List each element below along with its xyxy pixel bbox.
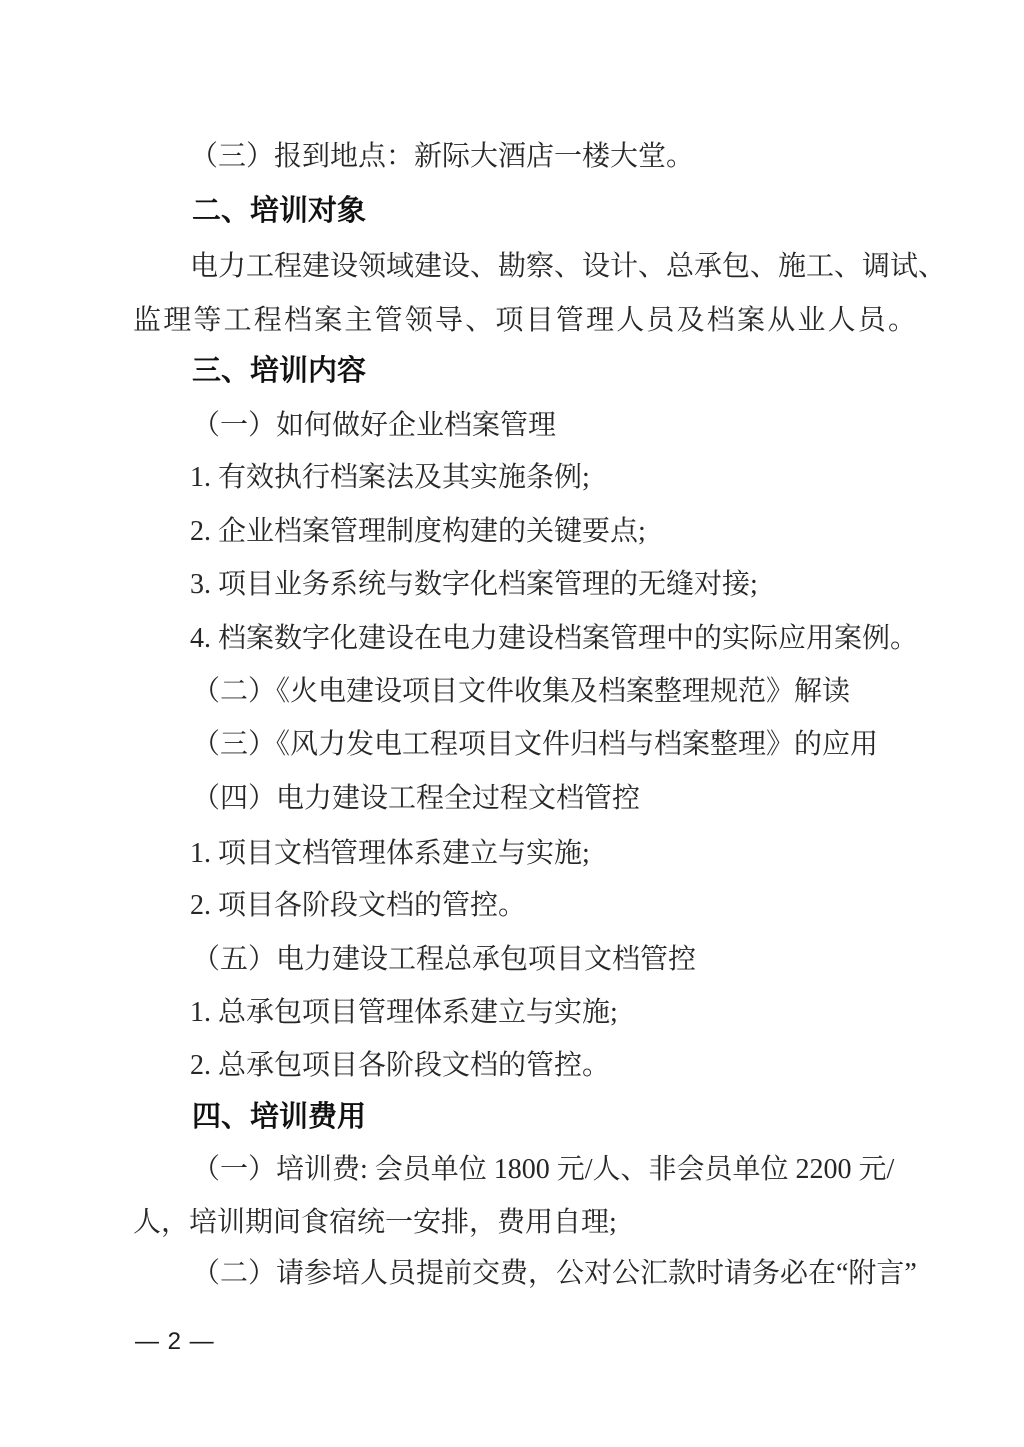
section-heading: 四、培训费用 <box>192 1101 366 1134</box>
text-line: 1. 项目文档管理体系建立与实施; <box>190 838 590 870</box>
text-line: （三）报到地点：新际大酒店一楼大堂。 <box>190 141 694 173</box>
section-heading: 二、培训对象 <box>192 195 366 228</box>
text-line: 1. 有效执行档案法及其实施条例; <box>190 462 590 494</box>
text-line: 人，培训期间食宿统一安排，费用自理; <box>133 1207 617 1239</box>
text-line: （二）请参培人员提前交费，公对公汇款时请务必在“附言” <box>192 1258 917 1290</box>
document-page: （三）报到地点：新际大酒店一楼大堂。二、培训对象电力工程建设领域建设、勘察、设计… <box>0 0 1024 1447</box>
text-line: 2. 总承包项目各阶段文档的管控。 <box>190 1050 610 1082</box>
text-line: 2. 项目各阶段文档的管控。 <box>190 890 526 922</box>
text-line: 4. 档案数字化建设在电力建设档案管理中的实际应用案例。 <box>190 623 918 655</box>
text-line: 2. 企业档案管理制度构建的关键要点; <box>190 516 646 548</box>
text-line: （五）电力建设工程总承包项目文档管控 <box>192 944 696 976</box>
text-line: （一）如何做好企业档案管理 <box>192 410 556 442</box>
text-line: （三）《风力发电工程项目文件归档与档案整理》的应用 <box>192 729 878 761</box>
text-line: 1. 总承包项目管理体系建立与实施; <box>190 997 618 1029</box>
page-number: — 2 — <box>135 1328 215 1356</box>
text-line: （二）《火电建设项目文件收集及档案整理规范》解读 <box>192 676 850 708</box>
section-heading: 三、培训内容 <box>192 355 366 388</box>
text-line: （一）培训费: 会员单位 1800 元/人、非会员单位 2200 元/ <box>192 1154 894 1186</box>
text-line: 3. 项目业务系统与数字化档案管理的无缝对接; <box>190 569 758 601</box>
text-line: 电力工程建设领域建设、勘察、设计、总承包、施工、调试、 <box>190 251 946 283</box>
text-line: 监理等工程档案主管领导、项目管理人员及档案从业人员。 <box>133 305 918 337</box>
text-line: （四）电力建设工程全过程文档管控 <box>192 783 640 815</box>
